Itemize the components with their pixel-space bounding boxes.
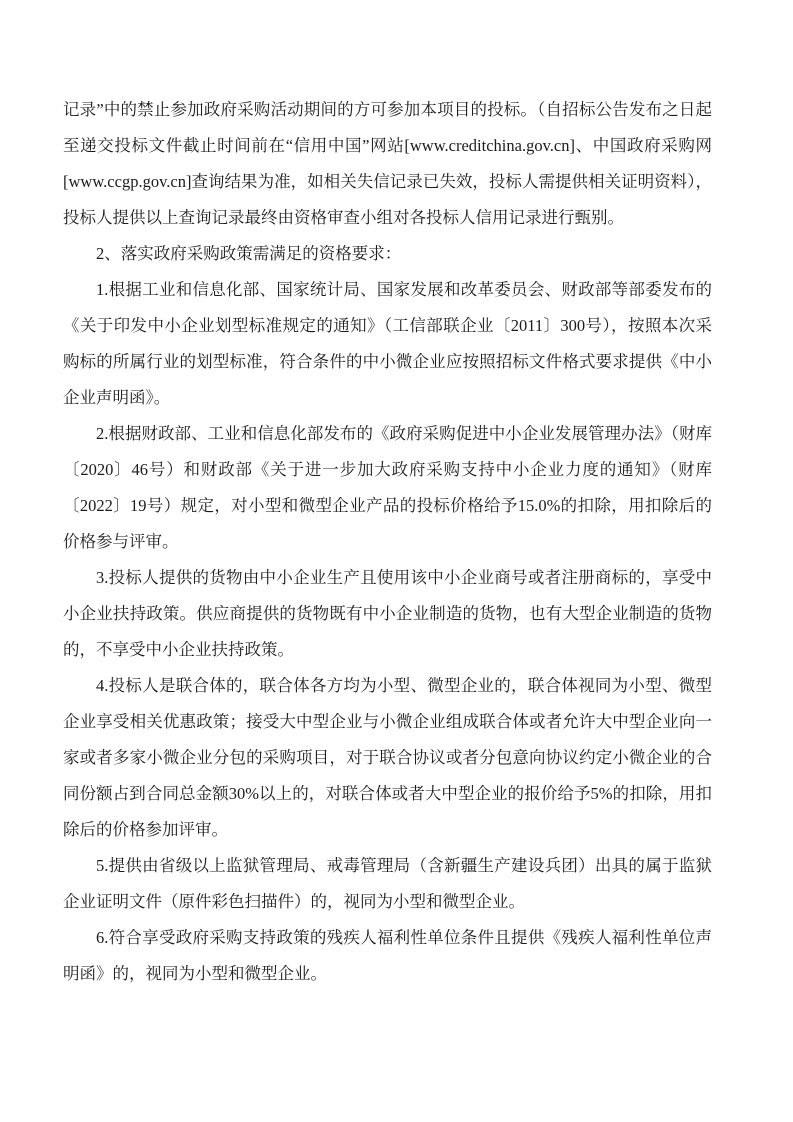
paragraph-consortium-deduction-policy: 4.投标人是联合体的，联合体各方均为小型、微型企业的，联合体视同为小型、微型企业… xyxy=(63,668,712,848)
paragraph-credit-record-continuation: 记录”中的禁止参加政府采购活动期间的方可参加本项目的投标。（自招标公告发布之日起… xyxy=(63,92,712,236)
paragraph-sme-goods-support-policy: 3.投标人提供的货物由中小企业生产且使用该中小企业商号或者注册商标的，享受中小企… xyxy=(63,560,712,668)
paragraph-sme-classification-notice: 1.根据工业和信息化部、国家统计局、国家发展和改革委员会、财政部等部委发布的《关… xyxy=(63,272,712,416)
paragraph-disabled-welfare-unit: 6.符合享受政府采购支持政策的残疾人福利性单位条件且提供《残疾人福利性单位声明函… xyxy=(63,920,712,992)
heading-procurement-policy-requirements: 2、落实政府采购政策需满足的资格要求： xyxy=(63,236,712,272)
paragraph-prison-enterprise-certificate: 5.提供由省级以上监狱管理局、戒毒管理局（含新疆生产建设兵团）出具的属于监狱企业… xyxy=(63,848,712,920)
document-page: 记录”中的禁止参加政府采购活动期间的方可参加本项目的投标。（自招标公告发布之日起… xyxy=(0,0,793,1122)
paragraph-price-deduction-15-percent: 2.根据财政部、工业和信息化部发布的《政府采购促进中小企业发展管理办法》（财库〔… xyxy=(63,416,712,560)
document-body: 记录”中的禁止参加政府采购活动期间的方可参加本项目的投标。（自招标公告发布之日起… xyxy=(63,92,712,992)
